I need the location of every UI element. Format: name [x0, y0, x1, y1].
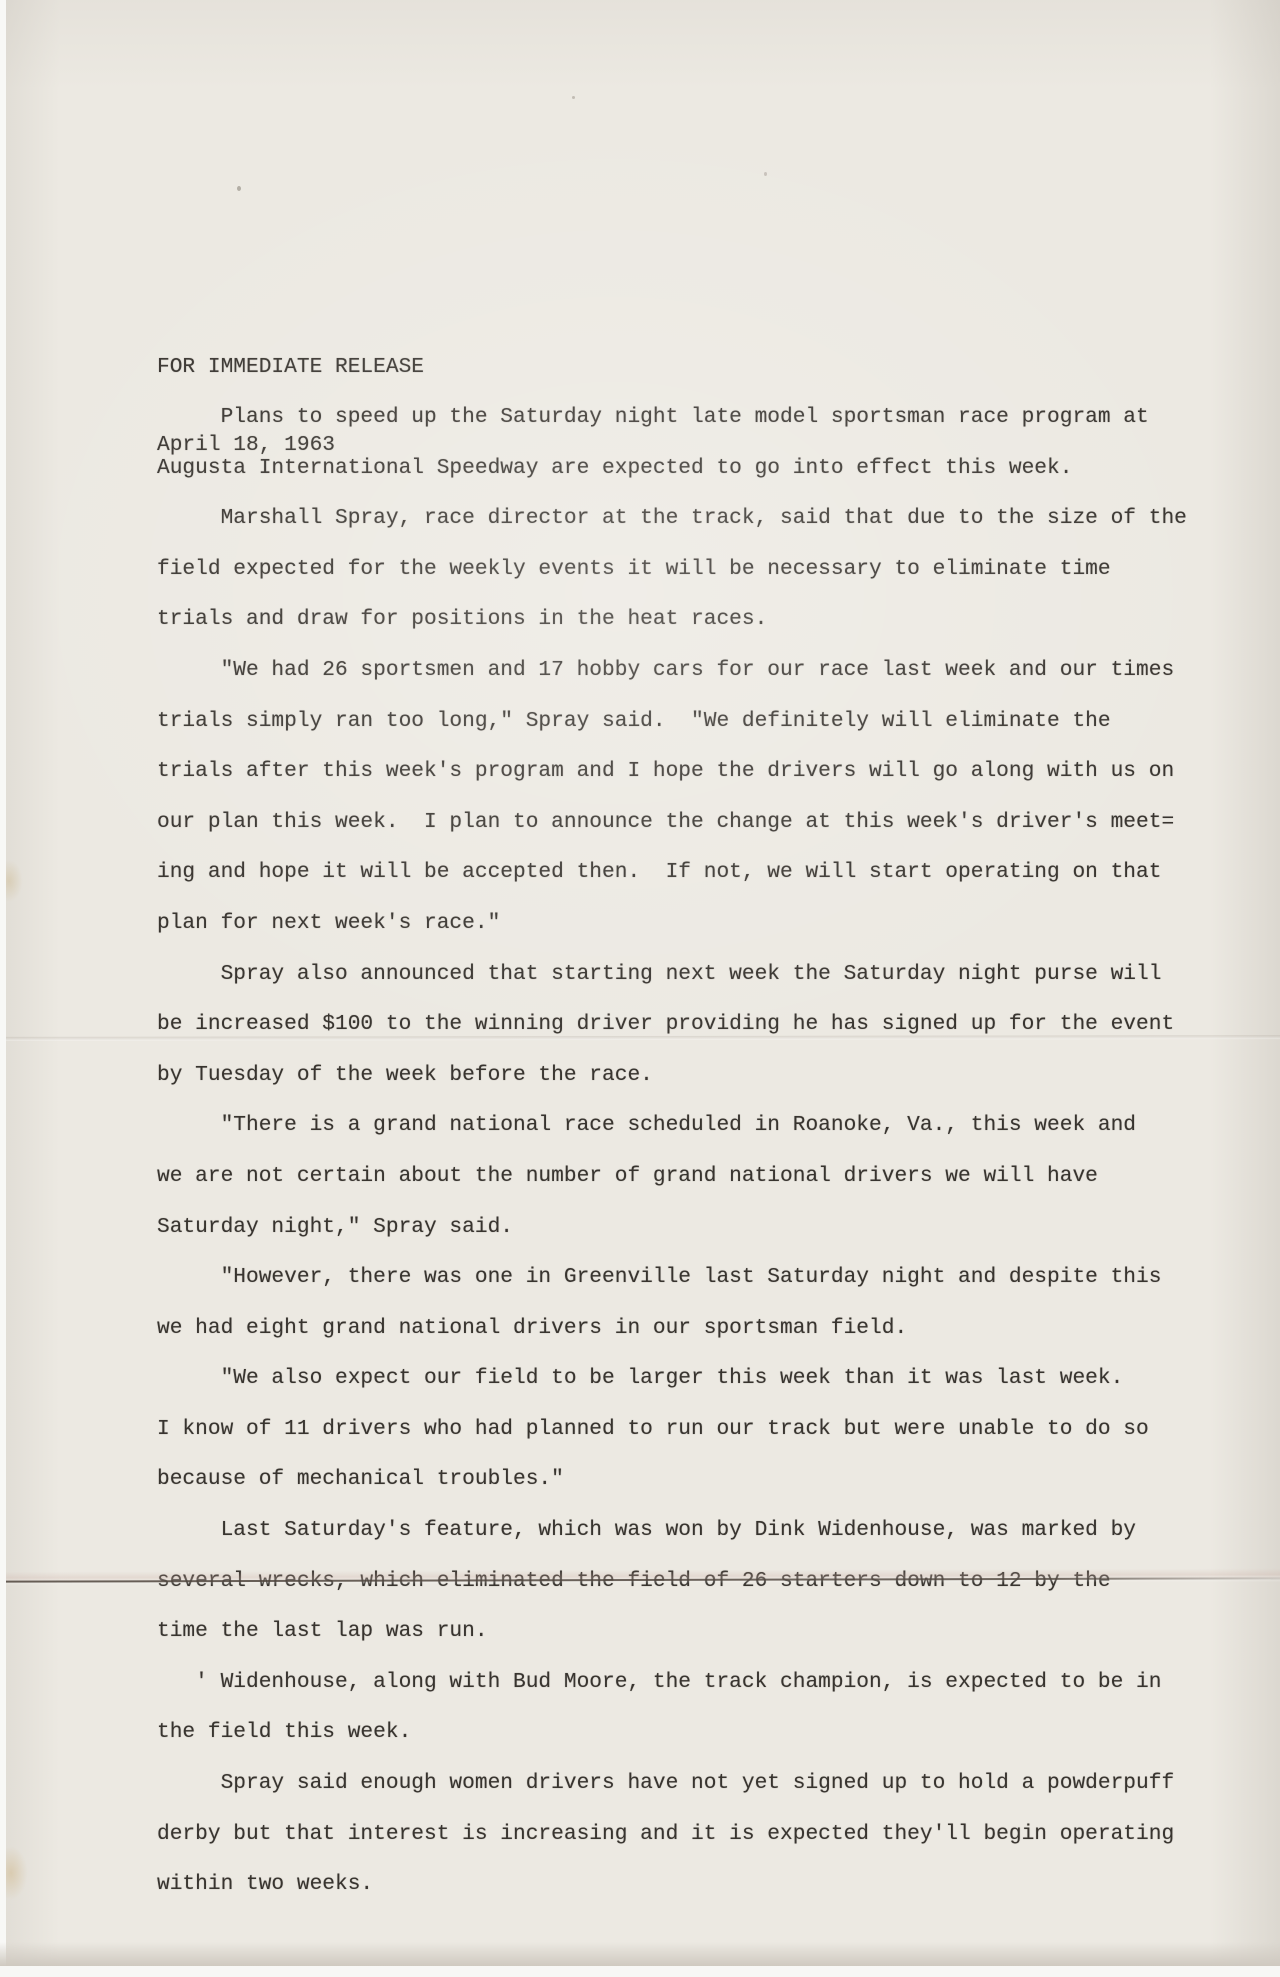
- document-line: our plan this week. I plan to announce t…: [157, 797, 1217, 848]
- document-line: "However, there was one in Greenville la…: [157, 1252, 1217, 1303]
- paper-speck: [237, 186, 241, 191]
- document-line: by Tuesday of the week before the race.: [157, 1050, 1217, 1101]
- document-line: we had eight grand national drivers in o…: [157, 1303, 1217, 1354]
- document-line: "There is a grand national race schedule…: [157, 1100, 1217, 1151]
- document-line: the field this week.: [157, 1707, 1217, 1758]
- document-line: derby but that interest is increasing an…: [157, 1809, 1217, 1860]
- document-line: Spray said enough women drivers have not…: [157, 1758, 1217, 1809]
- document-line: ' Widenhouse, along with Bud Moore, the …: [157, 1657, 1217, 1708]
- document-line: Marshall Spray, race director at the tra…: [157, 493, 1217, 544]
- document-page: FOR IMMEDIATE RELEASE April 18, 1963 Pla…: [0, 0, 1280, 1977]
- document-line: "We had 26 sportsmen and 17 hobby cars f…: [157, 645, 1217, 696]
- document-line: time the last lap was run.: [157, 1606, 1217, 1657]
- paragraph: Plans to speed up the Saturday night lat…: [157, 392, 1217, 493]
- document-line: Spray also announced that starting next …: [157, 949, 1217, 1000]
- paragraph: ' Widenhouse, along with Bud Moore, the …: [157, 1657, 1217, 1758]
- document-line: trials and draw for positions in the hea…: [157, 594, 1217, 645]
- document-line: within two weeks.: [157, 1859, 1217, 1910]
- paragraph: "There is a grand national race schedule…: [157, 1100, 1217, 1252]
- paper-speck: [572, 96, 575, 99]
- scan-edge-bottom: [0, 1966, 1280, 1977]
- document-line: "We also expect our field to be larger t…: [157, 1353, 1217, 1404]
- document-body: Plans to speed up the Saturday night lat…: [157, 392, 1217, 1910]
- document-line: Last Saturday's feature, which was won b…: [157, 1505, 1217, 1556]
- document-line: ing and hope it will be accepted then. I…: [157, 847, 1217, 898]
- paragraph: "We had 26 sportsmen and 17 hobby cars f…: [157, 645, 1217, 949]
- release-line: FOR IMMEDIATE RELEASE: [157, 354, 424, 380]
- paragraph: "However, there was one in Greenville la…: [157, 1252, 1217, 1353]
- paragraph: Spray said enough women drivers have not…: [157, 1758, 1217, 1910]
- paragraph: Marshall Spray, race director at the tra…: [157, 493, 1217, 645]
- paper-speck: [764, 172, 767, 176]
- scan-edge-left: [0, 0, 6, 1977]
- document-line: trials after this week's program and I h…: [157, 746, 1217, 797]
- document-line: Plans to speed up the Saturday night lat…: [157, 392, 1217, 443]
- scan-edge-shadow: [0, 1942, 1280, 1966]
- document-line: plan for next week's race.": [157, 898, 1217, 949]
- document-line: trials simply ran too long," Spray said.…: [157, 696, 1217, 747]
- document-line: because of mechanical troubles.": [157, 1454, 1217, 1505]
- document-line: we are not certain about the number of g…: [157, 1151, 1217, 1202]
- document-line: Augusta International Speedway are expec…: [157, 443, 1217, 494]
- paragraph: "We also expect our field to be larger t…: [157, 1353, 1217, 1505]
- document-line: I know of 11 drivers who had planned to …: [157, 1404, 1217, 1455]
- document-line: Saturday night," Spray said.: [157, 1202, 1217, 1253]
- document-line: be increased $100 to the winning driver …: [157, 999, 1217, 1050]
- document-line: field expected for the weekly events it …: [157, 544, 1217, 595]
- paragraph: Spray also announced that starting next …: [157, 949, 1217, 1101]
